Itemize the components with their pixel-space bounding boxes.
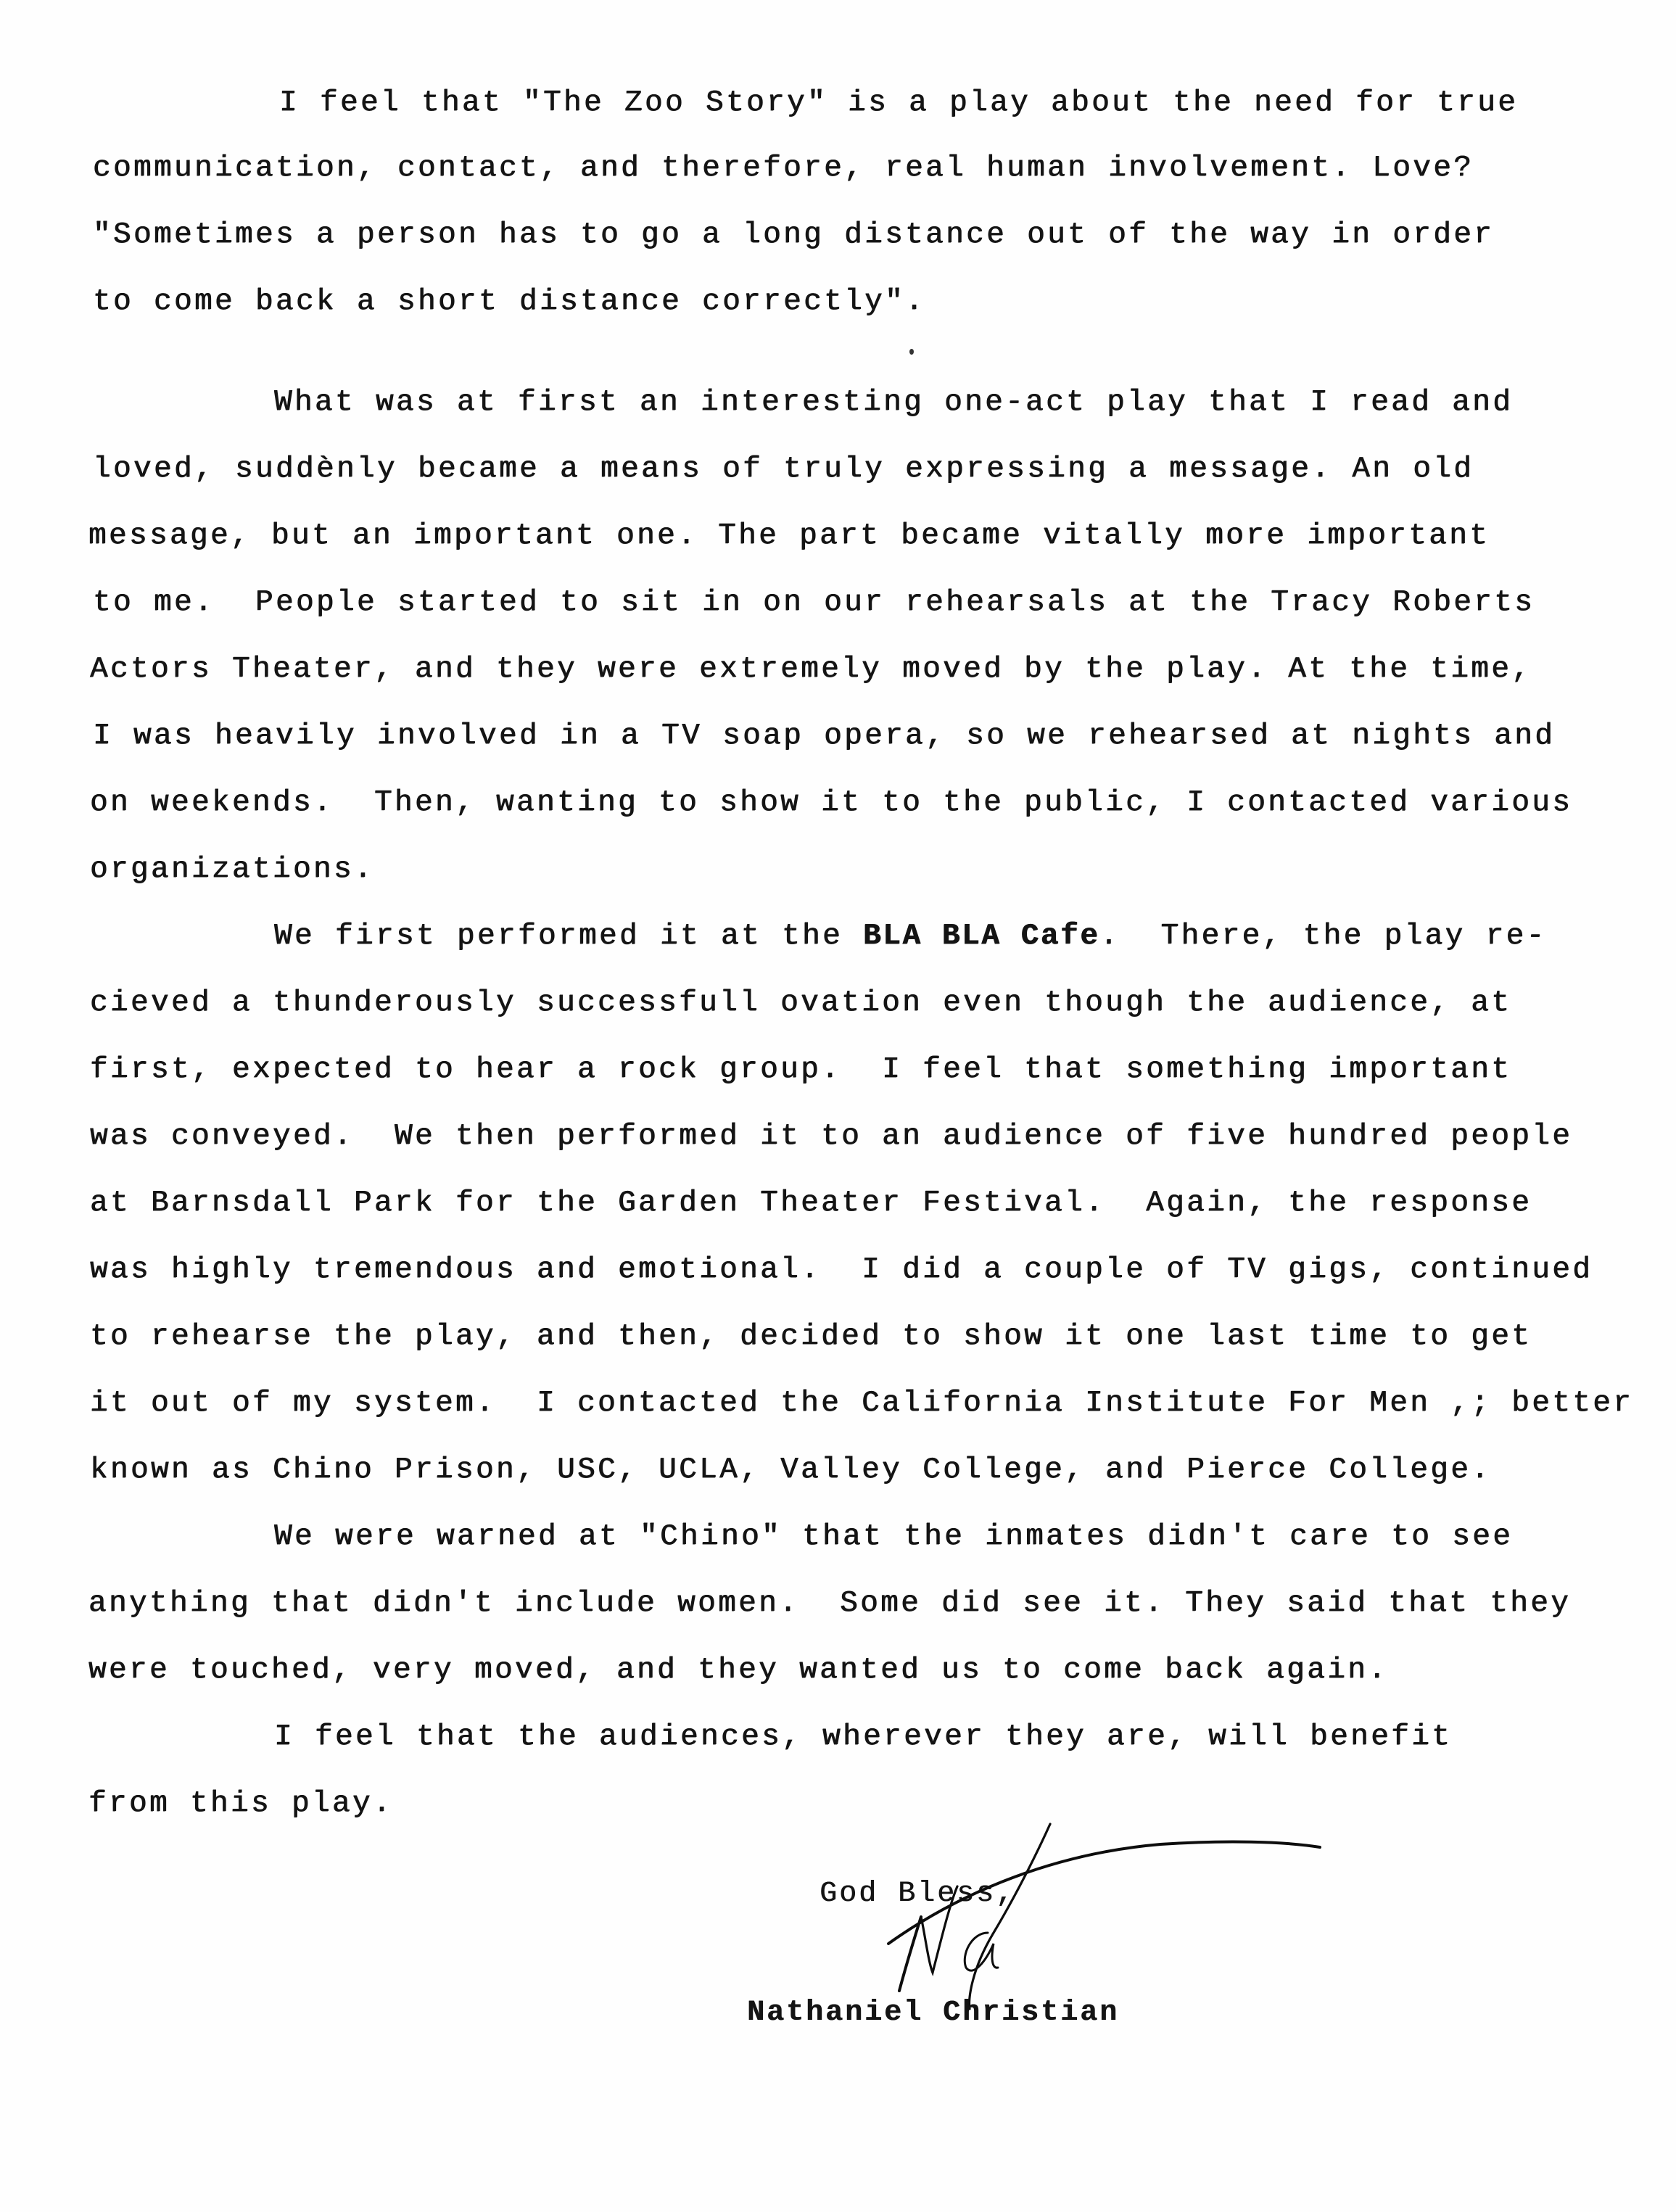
p2-line-7: on weekends. Then, wanting to show it to… [90,781,1572,825]
p3-line-9: known as Chino Prison, USC, UCLA, Valley… [90,1448,1491,1492]
p5-line-1: I feel that the audiences, wherever they… [274,1715,1452,1759]
p2-line-4: to me. People started to sit in on our r… [93,581,1535,624]
p3-line-2: cieved a thunderously successfull ovatio… [90,981,1511,1025]
emphasized-name: BLA BLA Cafe [863,920,1099,953]
p4-line-1: We were warned at "Chino" that the inmat… [274,1515,1513,1559]
p1-line-1: I feel that "The Zoo Story" is a play ab… [279,81,1518,125]
p3-line-7: to rehearse the play, and then, decided … [90,1315,1532,1358]
p3-line-8: it out of my system. I contacted the Cal… [90,1382,1633,1425]
p2-line-2: loved, suddènly became a means of truly … [93,447,1474,491]
p2-line-1: What was at first an interesting one-act… [274,381,1513,424]
p4-line-2: anything that didn't include women. Some… [88,1582,1571,1625]
p1-line-4: to come back a short distance correctly"… [93,280,925,323]
p4-line-3: were touched, very moved, and they wante… [88,1648,1388,1692]
p3-line-5: at Barnsdall Park for the Garden Theater… [90,1181,1532,1225]
p2-line-5: Actors Theater, and they were extremely … [90,648,1532,691]
p3-line-3: first, expected to hear a rock group. I … [90,1048,1511,1091]
p3-line-4: was conveyed. We then performed it to an… [90,1115,1572,1158]
letter-page: I feel that "The Zoo Story" is a play ab… [0,0,1676,2212]
ink-speck [909,349,914,355]
p3-line-1: We first performed it at the BLA BLA Caf… [274,915,1547,958]
p1-line-2: communication, contact, and therefore, r… [93,146,1474,190]
p5-line-2: from this play. [88,1782,393,1825]
p2-line-3: message, but an important one. The part … [88,514,1490,558]
signer-name: Nathaniel Christian [747,1993,1119,2034]
handwritten-signature-icon [820,1824,1327,2013]
p2-line-8: organizations. [90,848,374,891]
p2-line-6: I was heavily involved in a TV soap oper… [93,714,1555,758]
p3-line-6: was highly tremendous and emotional. I d… [90,1248,1593,1292]
p1-line-3: "Sometimes a person has to go a long dis… [93,213,1494,257]
